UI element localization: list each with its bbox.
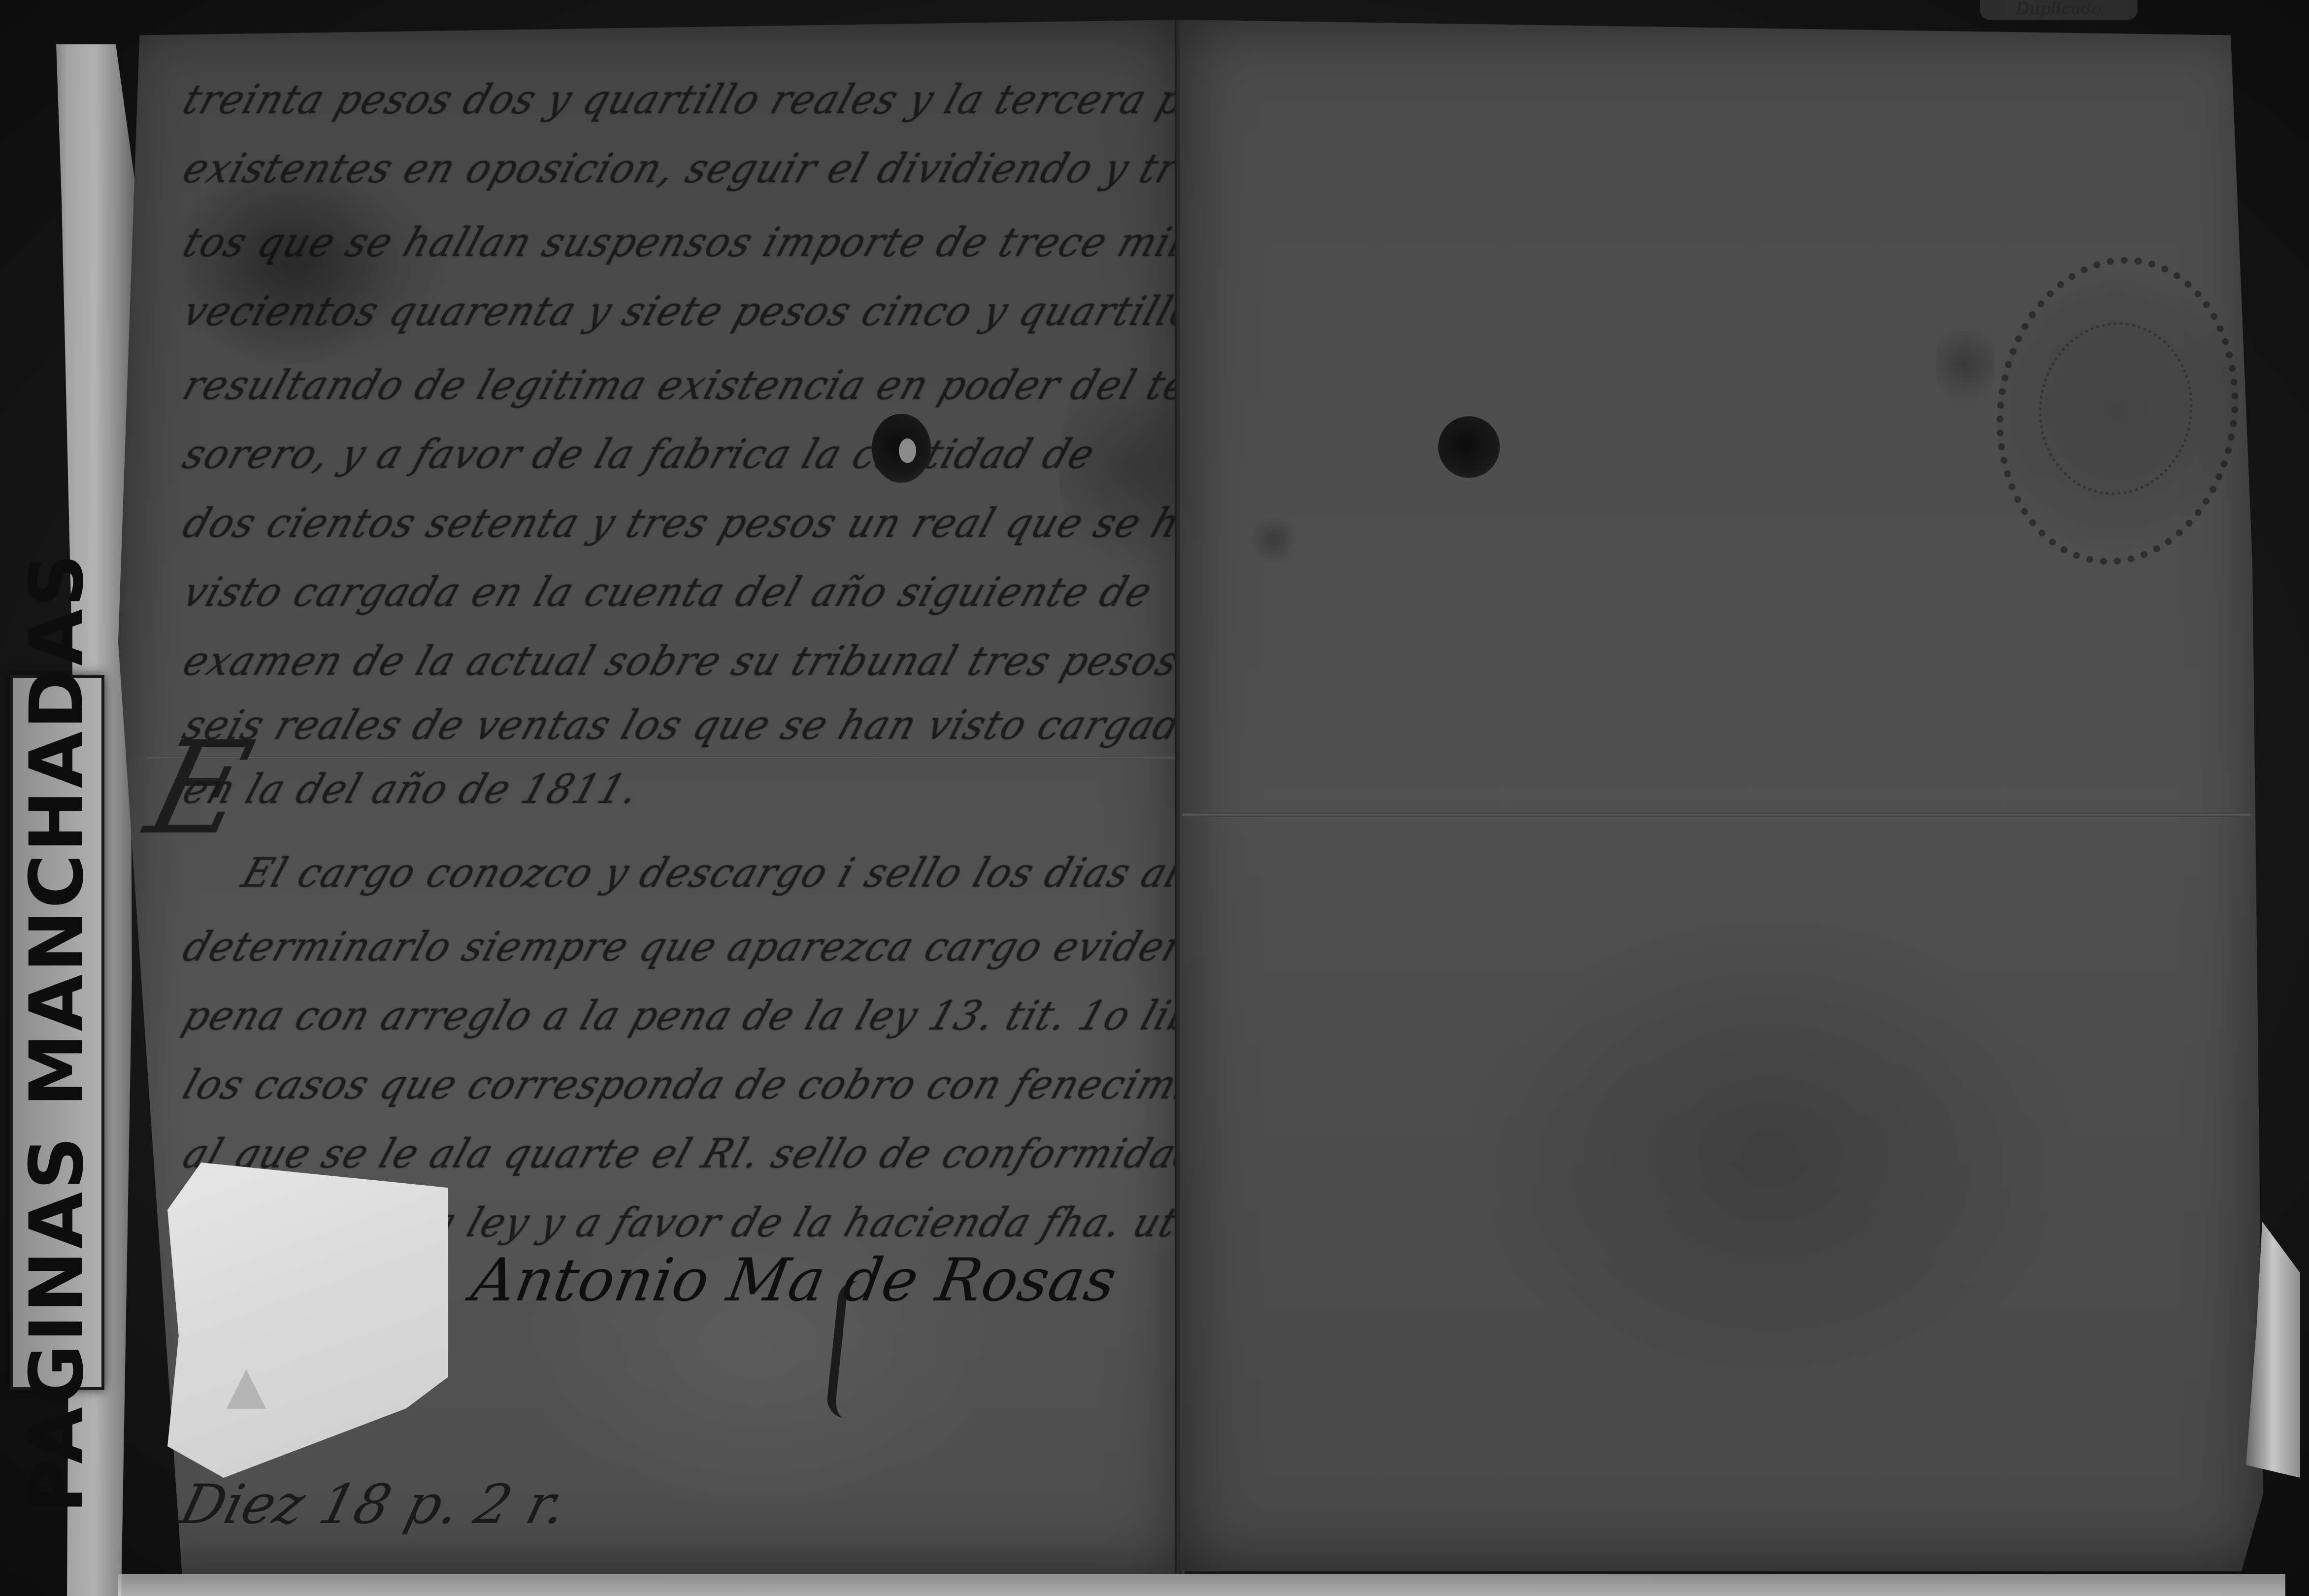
ms-line: sorero, y a favor de la fabrica la canti… — [177, 432, 1101, 478]
punch-hole-left — [872, 414, 931, 483]
ms-line: seis reales de ventas los que se han vis… — [177, 702, 1232, 749]
ms-line: visto cargada en la cuenta del año sigui… — [177, 569, 1158, 616]
right-page — [1180, 20, 2263, 1571]
ink-stain — [163, 158, 409, 365]
ms-line: resultando de legitima existencia en pod… — [177, 363, 1210, 409]
archive-label-text: PAGINAS MANCHADAS — [14, 552, 100, 1513]
stain-spot — [1251, 512, 1295, 566]
signature: Antonio Ma de Rosas — [467, 1246, 1122, 1315]
ms-line: El cargo conozco y descargo i sello los … — [236, 850, 1333, 897]
ms-line: dos cientos setenta y tres pesos un real… — [177, 500, 1210, 547]
punch-hole-right — [1438, 416, 1500, 478]
manuscript-scan: treinta pesos dos y quartillo reales y l… — [0, 0, 2309, 1596]
ms-line: pena con arreglo a la pena de la ley 13.… — [177, 993, 1341, 1040]
archive-label-strip: PAGINAS MANCHADAS — [10, 675, 104, 1390]
footer-note: Diez 18 p. 2 r. — [174, 1473, 573, 1536]
stain-spot — [1936, 315, 1995, 414]
top-corner-note: Duplicado — [1980, 0, 2138, 20]
ms-line: treinta pesos dos y quartillo reales y l… — [177, 77, 1275, 124]
bottom-paper-edge — [118, 1574, 2285, 1596]
right-page-fold — [1182, 813, 2251, 817]
seal-inner-ring — [2028, 312, 2204, 505]
ms-line: examen de la actual sobre su tribunal tr… — [177, 638, 1186, 685]
left-page-fold — [148, 756, 1177, 759]
ms-line: al que se le ala quarte el Rl. sello de … — [177, 1131, 1344, 1178]
